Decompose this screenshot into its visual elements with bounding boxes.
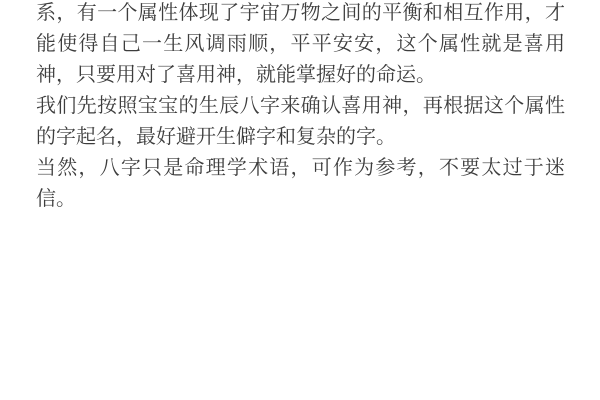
article-body: 系，有一个属性体现了宇宙万物之间的平衡和相互作用，才能使得自己一生风调雨顺，平平… [0,0,600,215]
text-line: 系，有一个属性体现了宇宙万物之间的平衡和相互作用，才 [36,0,565,29]
text-line: 信。 [36,184,565,215]
text-line: 能使得自己一生风调雨顺，平平安安，这个属性就是喜用 [36,29,565,60]
text-line: 的字起名，最好避开生僻字和复杂的字。 [36,122,565,153]
text-line: 当然，八字只是命理学术语，可作为参考，不要太过于迷 [36,153,565,184]
text-line: 神，只要用对了喜用神，就能掌握好的命运。 [36,60,565,91]
text-line: 我们先按照宝宝的生辰八字来确认喜用神，再根据这个属性 [36,91,565,122]
